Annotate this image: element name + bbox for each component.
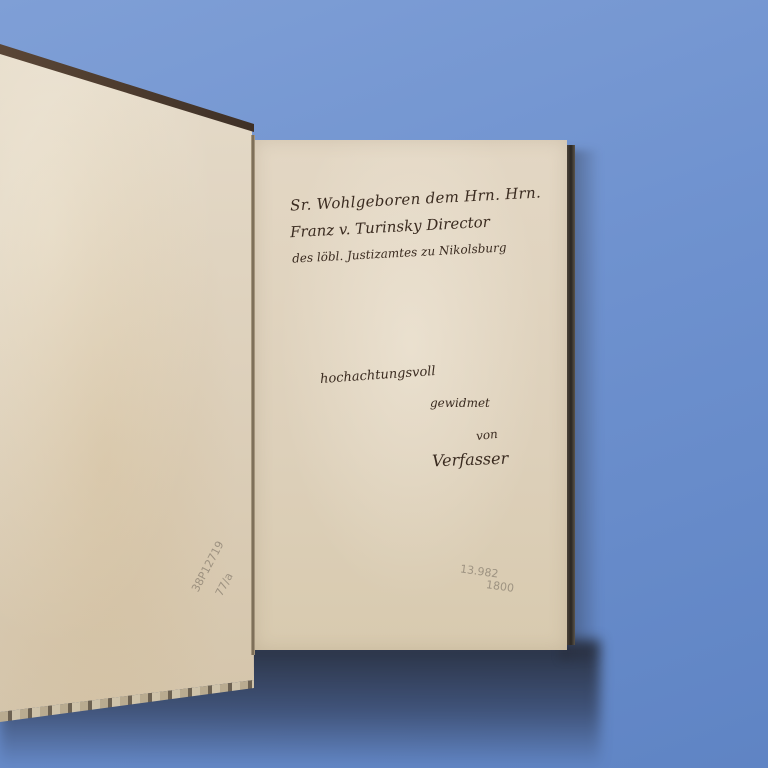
dedication-signature: Verfasser: [432, 449, 509, 471]
dedication-line-6: von: [475, 427, 498, 443]
page-block-edge: [567, 145, 575, 645]
dedication-line-5: gewidmet: [430, 396, 490, 410]
